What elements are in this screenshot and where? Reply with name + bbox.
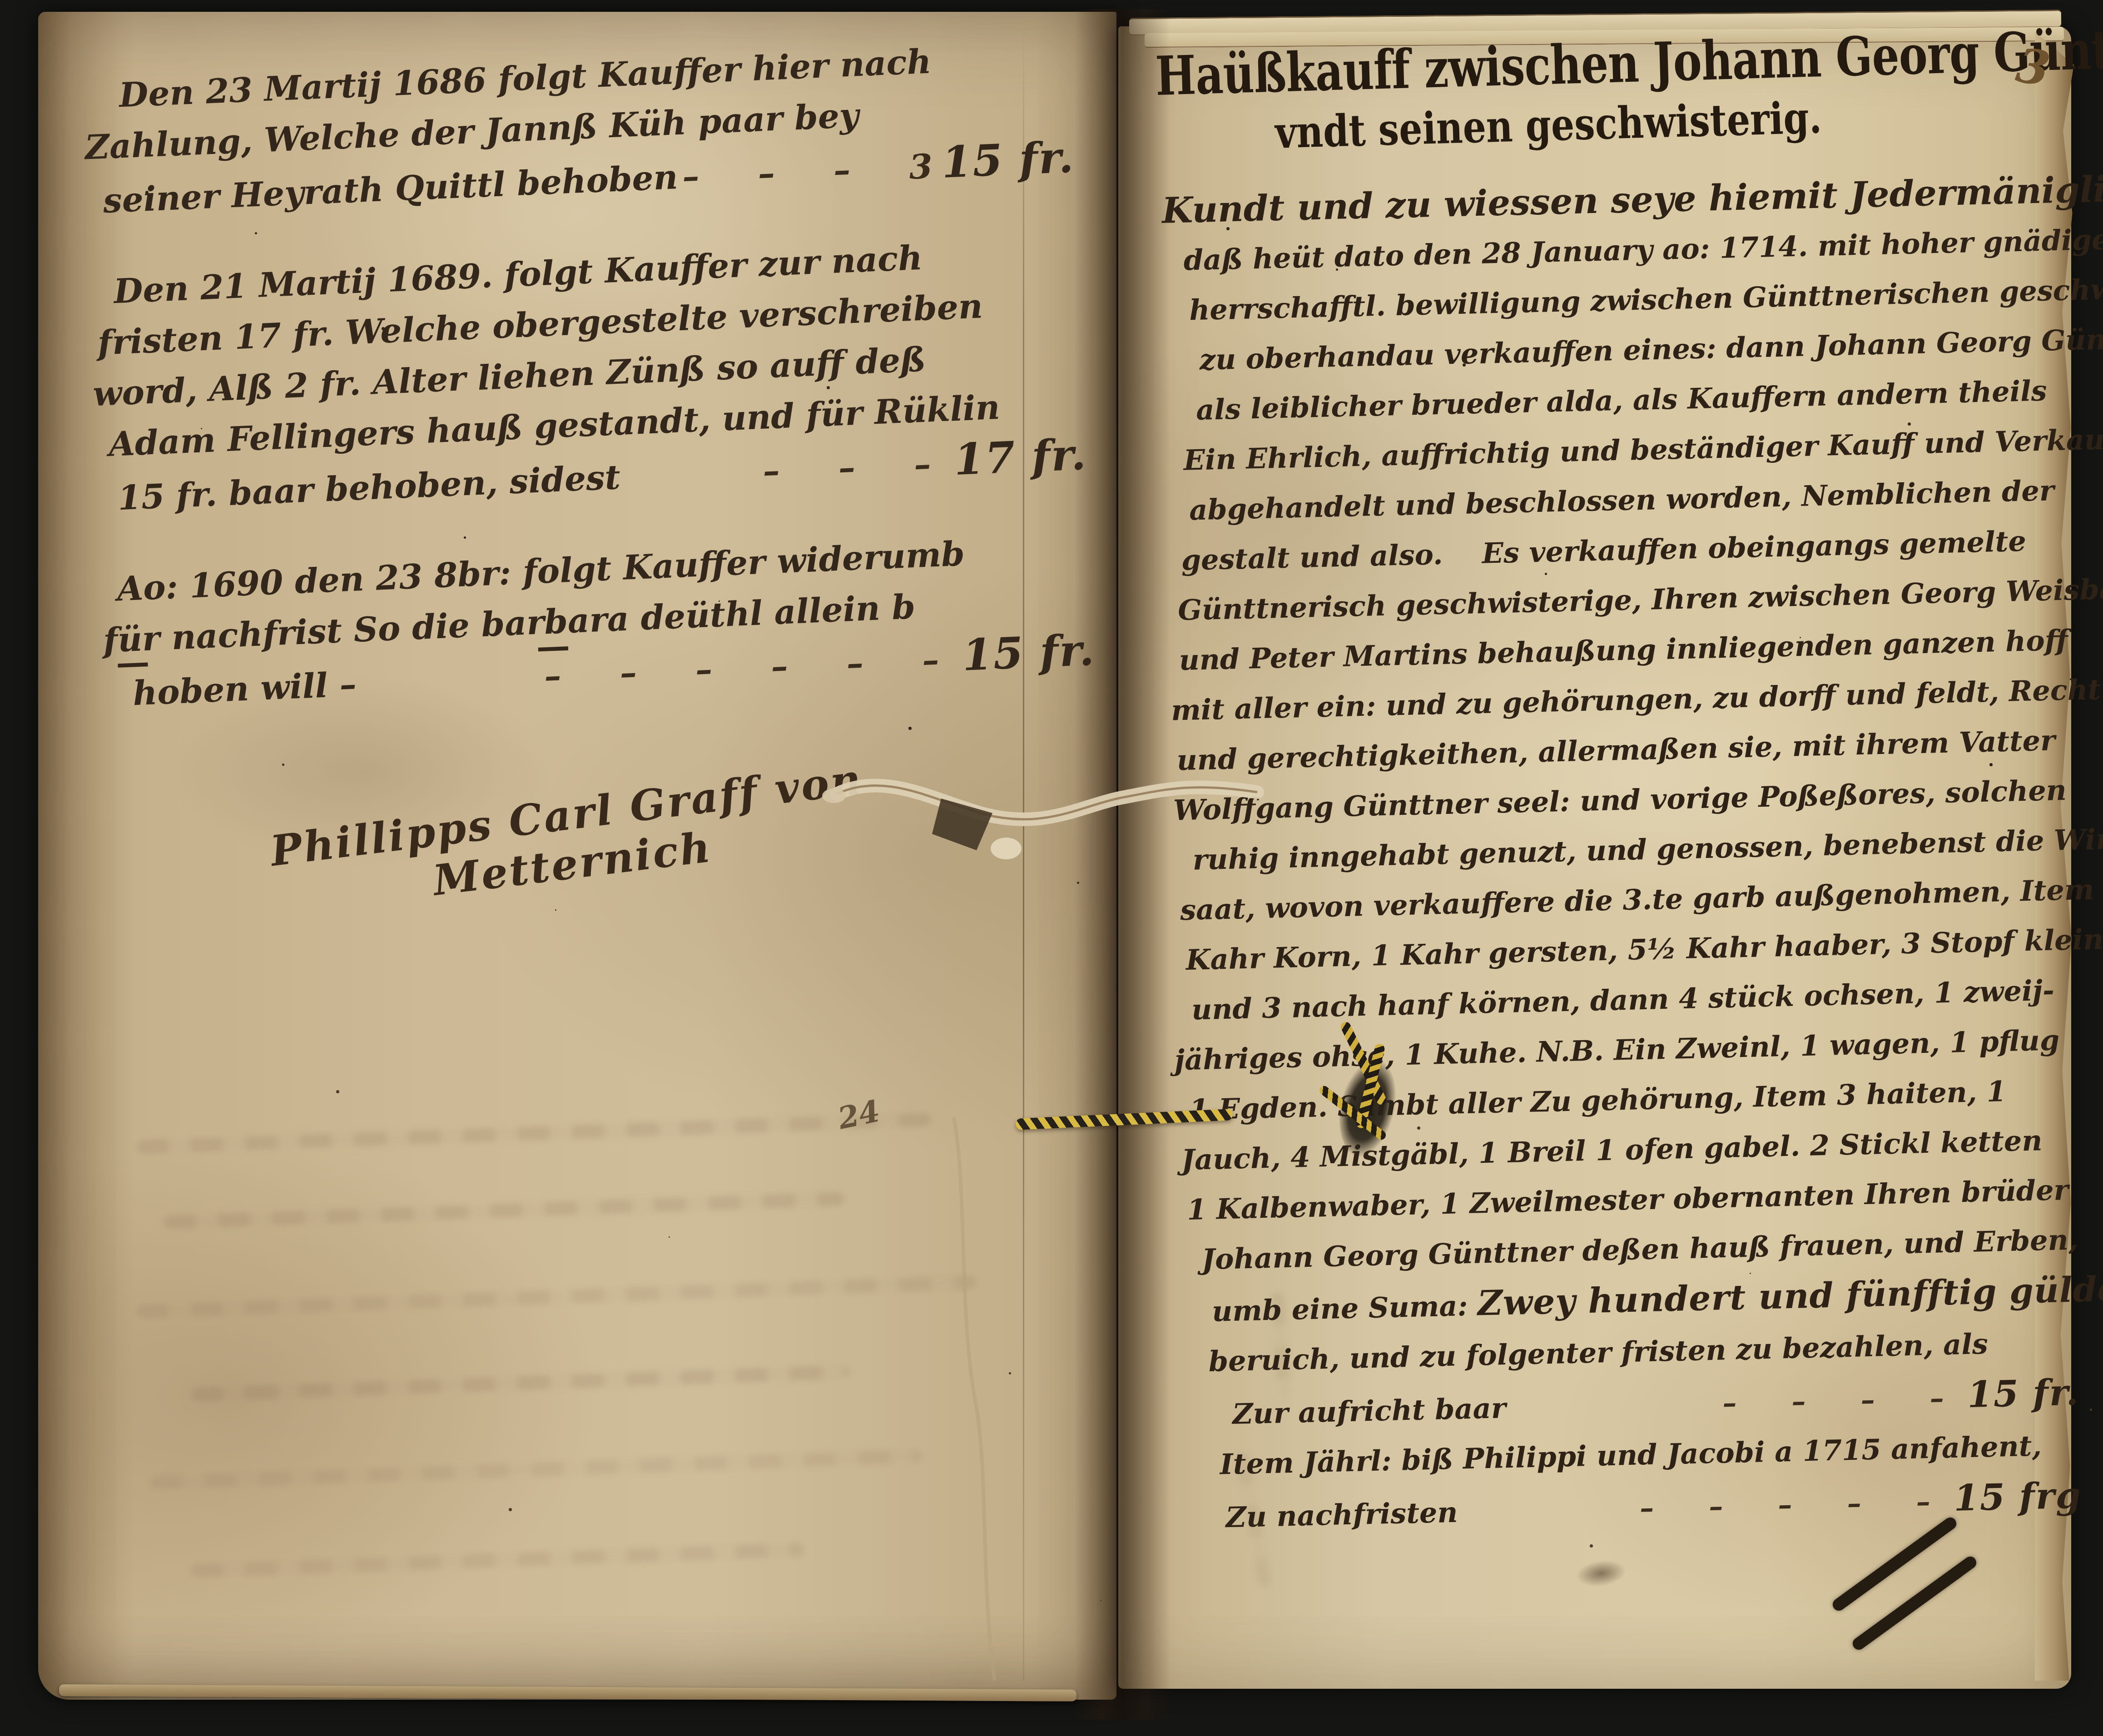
title-block: Haüßkauff zwischen Johann Georg Günttner…: [1155, 20, 2034, 162]
amount-value: 15 fr.: [961, 625, 1096, 681]
manuscript-spread: Den 23 Martij 1686 folgt Kauffer hier na…: [0, 0, 2103, 1736]
dash-leader: – – –: [619, 438, 955, 503]
amount-value: 17 fr.: [953, 429, 1087, 486]
separator-dash: —: [536, 626, 570, 667]
line-text: umb eine Suma:: [1211, 1281, 1478, 1337]
separator-dash: —: [115, 642, 150, 683]
amount-value: 15 frg: [1953, 1470, 2082, 1523]
ledger-entry: Den 21 Martij 1689. folgt Kauffer zur na…: [88, 226, 1088, 525]
ledger-entry: Ao: 1690 den 23 8br: folgt Kauffer wider…: [100, 523, 1096, 720]
amount-value: 15 fr.: [1967, 1367, 2080, 1420]
line-text: Zu nachfristen: [1225, 1488, 1458, 1543]
book-gutter: [1075, 9, 1170, 1720]
line-text: Zur aufricht baar: [1232, 1383, 1506, 1439]
right-page-body: Kundt und zu wiessen seye hiemit Jedermä…: [1155, 166, 2082, 1543]
binding-thread-knot: [1314, 1040, 1418, 1176]
amount-value: 15 fr.: [941, 132, 1075, 188]
dash-leader: – – – 3: [677, 141, 943, 203]
